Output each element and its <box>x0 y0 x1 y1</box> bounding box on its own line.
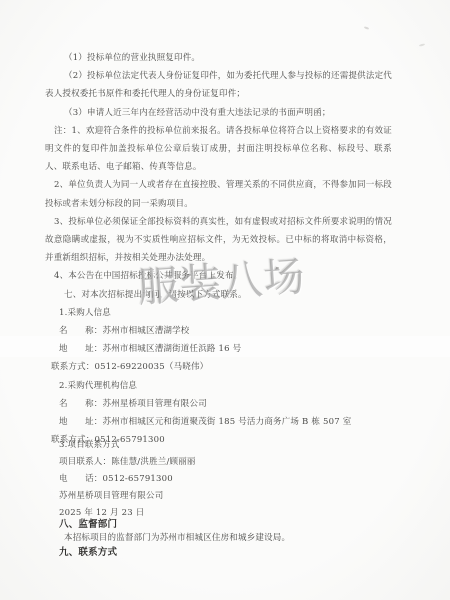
doc-line: 项目联系人：陈佳慧/洪胜兰/顾丽丽 <box>45 454 392 471</box>
doc-line: （1）投标单位的营业执照复印件。 <box>45 49 392 67</box>
doc-line: 本招标项目的监督部门为苏州市相城区住房和城乡建设局。 <box>45 532 392 546</box>
doc-line: 3.项目联系方式 <box>45 437 392 454</box>
tender-body-text: （1）投标单位的营业执照复印件。（2）投标单位法定代表人身份证复印件，如为委托代… <box>45 49 392 449</box>
doc-line: 联系方式：0512-69220035（马晓伟） <box>45 358 392 376</box>
doc-line: 2.采购代理机构信息 <box>45 377 392 395</box>
doc-line: 九、联系方式 <box>45 546 392 560</box>
doc-line: 地 址：苏州市相城区元和街道聚茂街 185 号活力商务广场 B 栋 507 室 <box>45 413 392 431</box>
doc-line: 地 址：苏州市相城区漕湖街道任浜路 16 号 <box>45 340 392 358</box>
doc-line: 注：1、欢迎符合条件的投标单位前来报名。请各投标单位将符合以上资格要求的有效证明… <box>45 122 392 177</box>
doc-line: 1.采购人信息 <box>45 304 392 322</box>
doc-line: 2、单位负责人为同一人或者存在直接控股、管理关系的不同供应商，不得参加同一标段投… <box>45 176 392 212</box>
doc-line: 七、对本次招标提出询问，请按以下方式联系。 <box>45 286 392 304</box>
doc-line: 苏州星桥项目管理有限公司 <box>45 488 392 505</box>
doc-line: （3）申请人近三年内在经营活动中没有重大违法记录的书面声明函； <box>45 104 392 122</box>
supervision-and-contact-headings: 八、监督部门本招标项目的监督部门为苏州市相城区住房和城乡建设局。九、联系方式 <box>45 518 392 559</box>
doc-line: （2）投标单位法定代表人身份证复印件，如为委托代理人参与投标的还需提供法定代表人… <box>45 67 392 103</box>
doc-line: 4、本公告在中国招标投标公共服务平台上发布。 <box>45 267 392 285</box>
doc-line: 电 话：0512-65791300 <box>45 471 392 488</box>
document-page: （1）投标单位的营业执照复印件。（2）投标单位法定代表人身份证复印件，如为委托代… <box>0 0 450 600</box>
scan-speckle <box>364 26 369 30</box>
scan-speckle <box>419 43 425 46</box>
project-contact-block: 3.项目联系方式项目联系人：陈佳慧/洪胜兰/顾丽丽电 话：0512-657913… <box>45 437 392 522</box>
doc-line: 名 称：苏州市相城区漕湖学校 <box>45 322 392 340</box>
doc-line: 3、投标单位必须保证全部投标资料的真实性，如有虚假或对招标文件所要求说明的情况故… <box>45 213 392 268</box>
doc-line: 八、监督部门 <box>45 518 392 532</box>
doc-line: 名 称：苏州星桥项目管理有限公司 <box>45 395 392 413</box>
